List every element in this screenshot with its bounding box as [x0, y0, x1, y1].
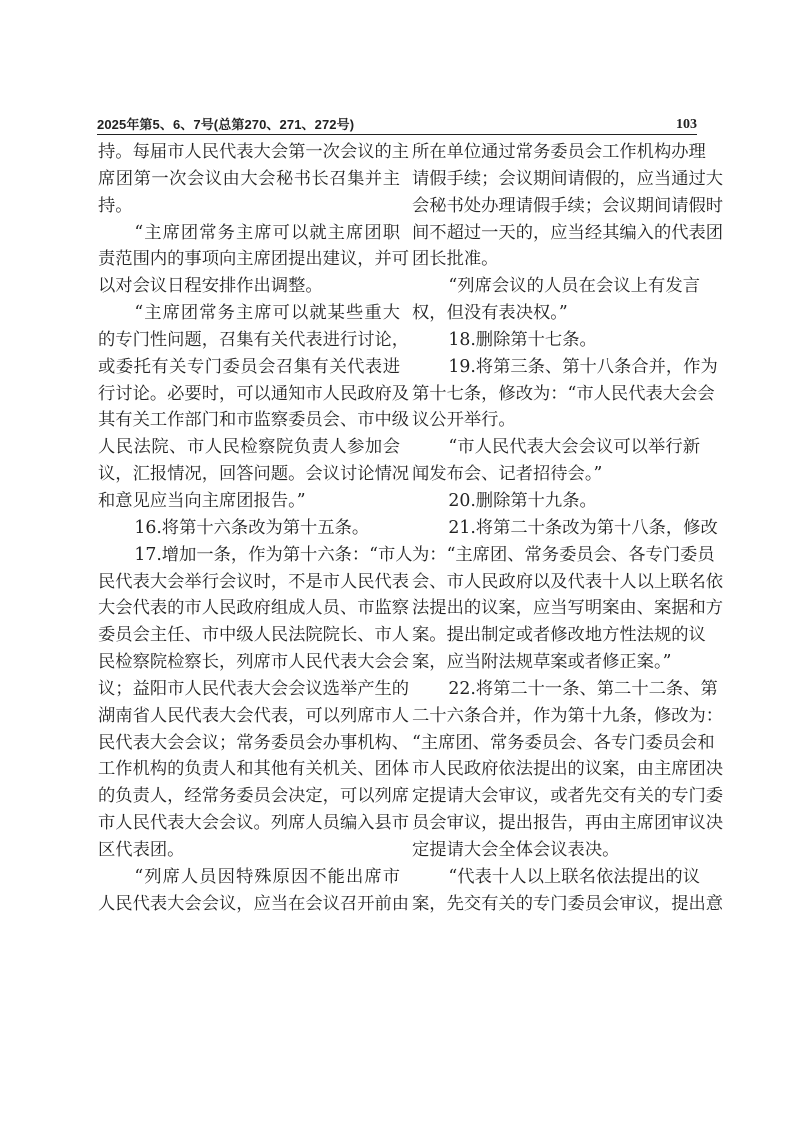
text-line: “主席团常务主席可以就主席团职 [98, 220, 400, 247]
text-line: 大会代表的市人民政府组成人员、市监察 [98, 595, 400, 622]
text-line: 区代表团。 [98, 837, 400, 864]
text-line: 市人民政府依法提出的议案，由主席团决 [412, 756, 700, 783]
text-line: 和意见应当向主席团报告。” [98, 488, 400, 515]
text-line: 18.删除第十七条。 [412, 327, 700, 354]
text-line: 请假手续；会议期间请假的，应当通过大 [412, 166, 700, 193]
text-line: 或委托有关专门委员会召集有关代表进 [98, 354, 400, 381]
text-line: 会秘书处办理请假手续；会议期间请假时 [412, 193, 700, 220]
text-line: 以对会议日程安排作出调整。 [98, 273, 400, 300]
text-line: 市人民代表大会会议。列席人员编入县市 [98, 810, 400, 837]
text-line: 闻发布会、记者招待会。” [412, 461, 700, 488]
text-line: 民检察院检察长，列席市人民代表大会会 [98, 649, 400, 676]
text-line: “市人民代表大会会议可以举行新 [412, 434, 700, 461]
text-line: 16.将第十六条改为第十五条。 [98, 515, 400, 542]
issue-label: 2025年第5、6、7号(总第270、271、272号) [97, 117, 354, 133]
text-line: 团长批准。 [412, 246, 700, 273]
text-line: 员会审议，提出报告，再由主席团审议决 [412, 810, 700, 837]
text-line: 案，先交有关的专门委员会审议，提出意 [412, 891, 700, 918]
text-line: 19.将第三条、第十八条合并，作为 [412, 354, 700, 381]
text-line: “主席团、常务委员会、各专门委员会和 [412, 730, 700, 757]
text-line: 20.删除第十九条。 [412, 488, 700, 515]
text-line: “列席会议的人员在会议上有发言 [412, 273, 700, 300]
text-line: 的负责人，经常务委员会决定，可以列席 [98, 783, 400, 810]
text-line: “列席人员因特殊原因不能出席市 [98, 864, 400, 891]
text-line: 工作机构的负责人和其他有关机关、团体 [98, 756, 400, 783]
text-line: 议公开举行。 [412, 407, 700, 434]
text-line: 席团第一次会议由大会秘书长召集并主 [98, 166, 400, 193]
text-line: 民代表大会会议；常务委员会办事机构、 [98, 730, 400, 757]
text-line: 案，应当附法规草案或者修正案。” [412, 649, 700, 676]
page-number: 103 [676, 117, 697, 133]
text-line: 民代表大会举行会议时，不是市人民代表 [98, 569, 400, 596]
text-line: 法提出的议案，应当写明案由、案据和方 [412, 595, 700, 622]
text-line: 间不超过一天的，应当经其编入的代表团 [412, 220, 700, 247]
text-line: 案。提出制定或者修改地方性法规的议 [412, 622, 700, 649]
text-line: 22.将第二十一条、第二十二条、第 [412, 676, 700, 703]
text-line: 所在单位通过常务委员会工作机构办理 [412, 139, 700, 166]
text-line: 责范围内的事项向主席团提出建议，并可 [98, 246, 400, 273]
text-line: 人民代表大会会议，应当在会议召开前由 [98, 891, 400, 918]
text-line: 权，但没有表决权。” [412, 300, 700, 327]
text-line: 第十七条，修改为：“市人民代表大会会 [412, 381, 700, 408]
text-line: 为：“主席团、常务委员会、各专门委员 [412, 542, 700, 569]
text-line: “代表十人以上联名依法提出的议 [412, 864, 700, 891]
text-line: 持。每届市人民代表大会第一次会议的主 [98, 139, 400, 166]
text-line: 其有关工作部门和市监察委员会、市中级 [98, 407, 400, 434]
text-line: 议，汇报情况，回答问题。会议讨论情况 [98, 461, 400, 488]
text-line: 二十六条合并，作为第十九条，修改为： [412, 703, 700, 730]
text-line: “主席团常务主席可以就某些重大 [98, 300, 400, 327]
text-line: 的专门性问题，召集有关代表进行讨论， [98, 327, 400, 354]
text-line: 行讨论。必要时，可以通知市人民政府及 [98, 381, 400, 408]
left-column: 持。每届市人民代表大会第一次会议的主席团第一次会议由大会秘书长召集并主持。“主席… [98, 139, 400, 917]
text-line: 定提请大会全体会议表决。 [412, 837, 700, 864]
text-line: 21.将第二十条改为第十八条，修改 [412, 515, 700, 542]
text-line: 湖南省人民代表大会代表，可以列席市人 [98, 703, 400, 730]
right-column: 所在单位通过常务委员会工作机构办理请假手续；会议期间请假的，应当通过大会秘书处办… [412, 139, 700, 917]
text-line: 委员会主任、市中级人民法院院长、市人 [98, 622, 400, 649]
text-line: 议；益阳市人民代表大会会议选举产生的 [98, 676, 400, 703]
text-line: 人民法院、市人民检察院负责人参加会 [98, 434, 400, 461]
text-line: 定提请大会审议，或者先交有关的专门委 [412, 783, 700, 810]
text-line: 17.增加一条，作为第十六条：“市人 [98, 542, 400, 569]
running-header: 2025年第5、6、7号(总第270、271、272号) 103 [97, 117, 697, 135]
text-line: 会、市人民政府以及代表十人以上联名依 [412, 569, 700, 596]
text-line: 持。 [98, 193, 400, 220]
